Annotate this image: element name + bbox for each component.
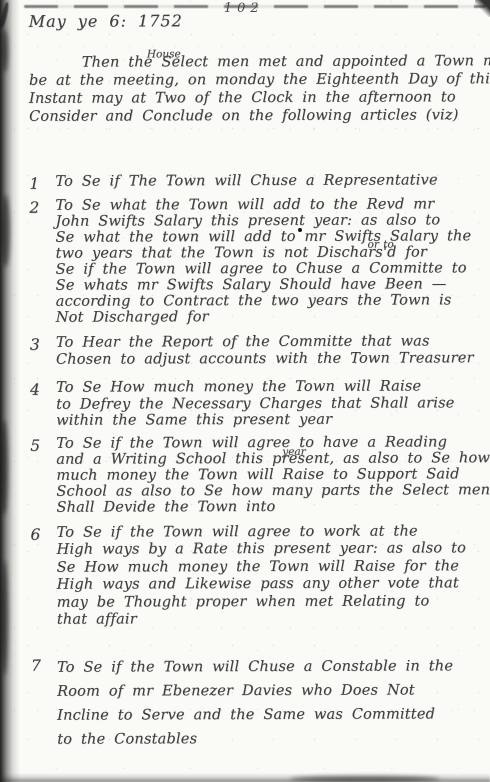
article-2-text: To Se what the Town will add to the Revd… [55,196,479,325]
binding-blotch [1,560,8,675]
article-2: 2 To Se what the Town will add to the Re… [29,196,479,326]
manuscript-page: 102 May ye 6: 1752 Then the Select men m… [0,0,490,782]
article-5: 5 To Se if the Town will agree to have a… [30,434,480,516]
article-7-number: 7 [31,656,41,674]
binding-blotch [0,420,8,515]
article-3-text: To Hear the Report of the Committe that … [56,333,480,367]
article-1-text: To Se if The Town will Chuse a Represent… [55,172,479,190]
article-6: 6 To Se if the Town will agree to work a… [30,523,480,630]
date-line: May ye 6: 1752 [29,10,479,31]
inserted-word-year: year [282,446,305,456]
inserted-words-or-to: or to [368,240,394,250]
article-7-text: To Se if the Town will Chuse a Constable… [57,654,481,751]
article-6-number: 6 [31,525,41,543]
page-bottom-stain [290,776,440,782]
preamble-paragraph: Then the Select men met and appointed a … [29,34,479,162]
article-3: 3 To Hear the Report of the Committe tha… [30,333,480,368]
article-1-number: 1 [29,175,39,193]
manuscript-content: May ye 6: 1752 Then the Select men met a… [29,10,482,751]
article-5-text: To Se if the Town will agree to have a R… [56,434,480,515]
article-4-number: 4 [30,381,40,399]
article-5-number: 5 [30,436,40,454]
article-6-text: To Se if the Town will agree to work at … [56,523,480,629]
article-2-number: 2 [29,199,39,217]
article-3-number: 3 [30,336,40,354]
article-7: 7 To Se if the Town will Chuse a Constab… [31,654,481,752]
articles-list: 1 To Se if The Town will Chuse a Represe… [29,172,481,751]
preamble-text: Then the Select men met and appointed a … [29,53,490,125]
article-4-text: To Se How much money the Town will Raise… [56,378,480,429]
article-1: 1 To Se if The Town will Chuse a Represe… [29,172,479,191]
article-4: 4 To Se How much money the Town will Rai… [30,378,480,429]
binding-blotch [1,195,10,267]
inserted-word-house: House [147,49,181,59]
binding-blotch [2,30,8,72]
